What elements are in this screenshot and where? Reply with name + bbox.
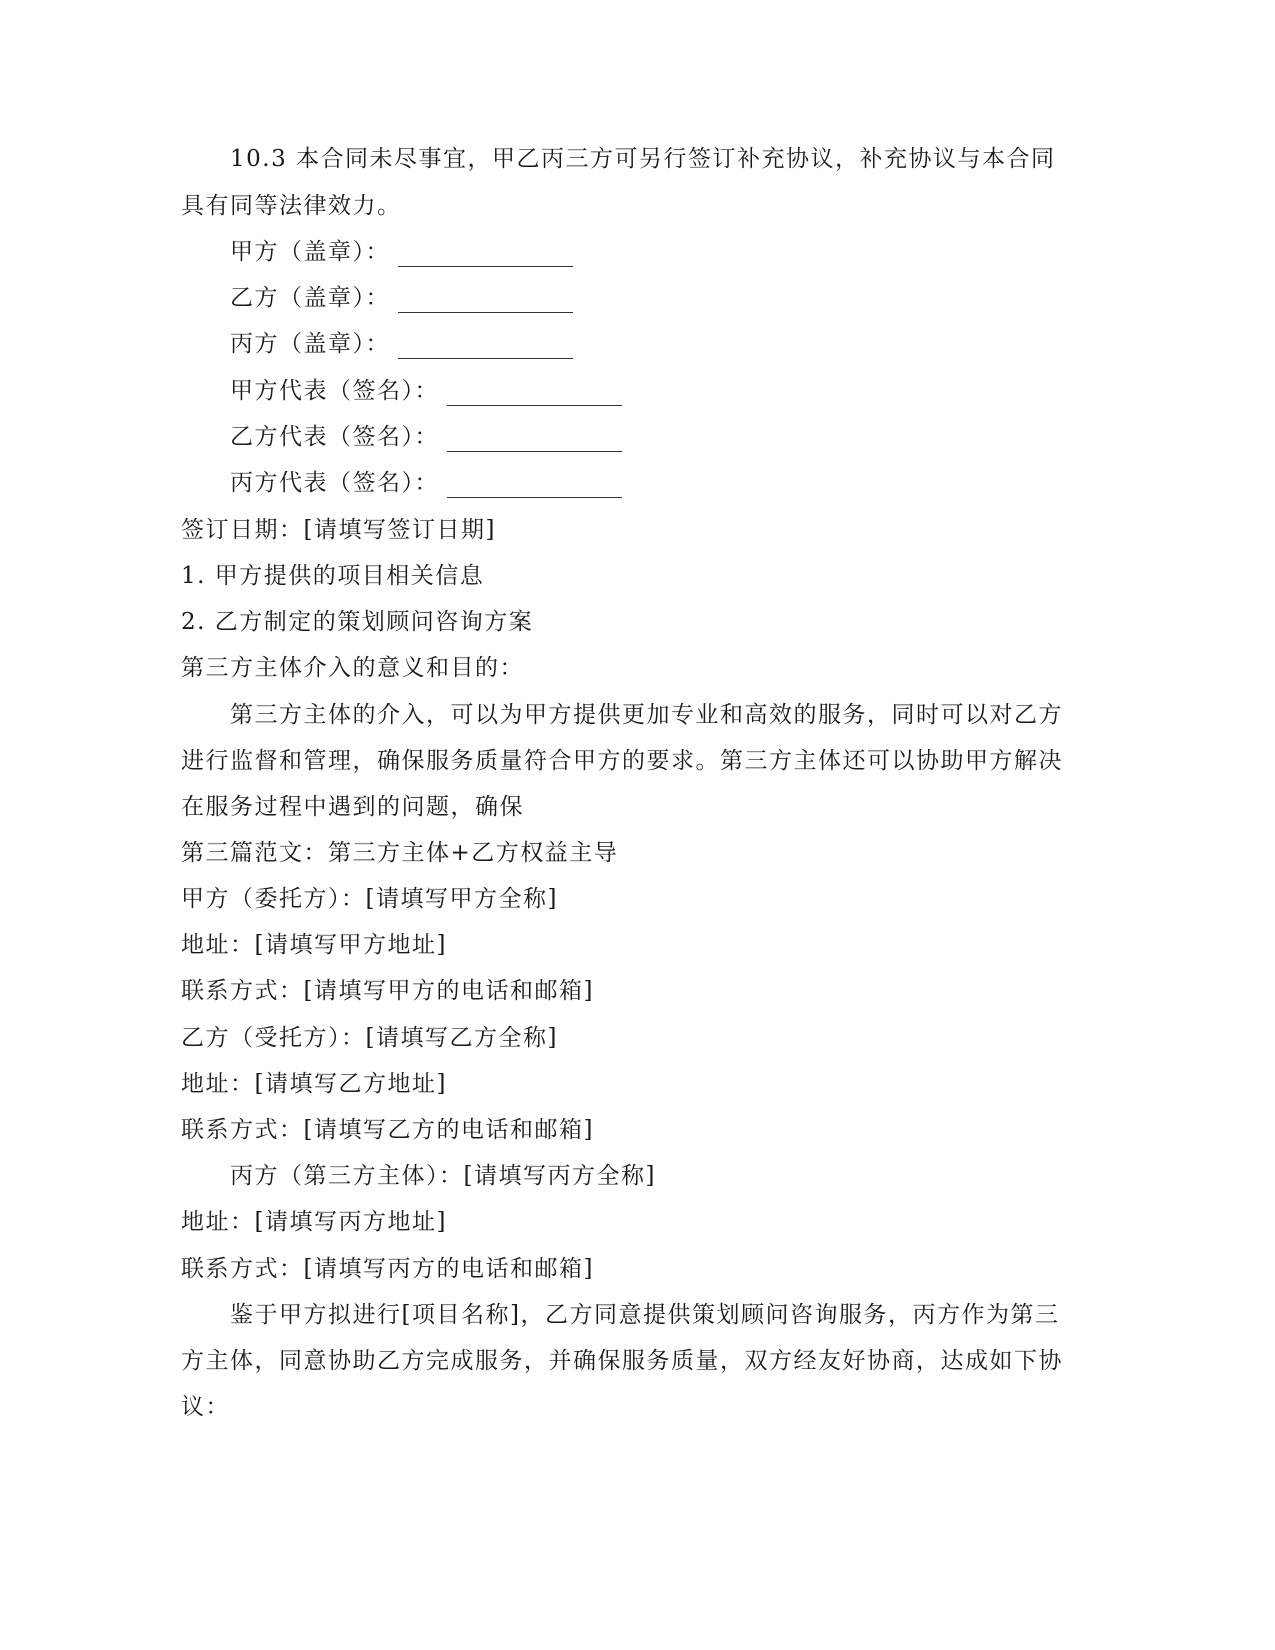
signature-label: 丙方（盖章）： xyxy=(230,329,390,359)
signature-label: 甲方代表（签名）： xyxy=(230,376,439,406)
preamble-line-2: 方主体，同意协助乙方完成服务，并确保服务质量，双方经友好协商，达成如下协 xyxy=(181,1346,1063,1376)
preamble-line-3: 议： xyxy=(181,1392,230,1422)
signature-blank[interactable] xyxy=(447,475,622,498)
signature-blank[interactable] xyxy=(398,244,573,267)
signature-row-party-b-rep: 乙方代表（签名）： xyxy=(230,422,622,452)
signature-row-party-a-rep: 甲方代表（签名）： xyxy=(230,376,622,406)
third-party-paragraph-line-1: 第三方主体的介入，可以为甲方提供更加专业和高效的服务，同时可以对乙方 xyxy=(230,700,1063,730)
signature-label: 丙方代表（签名）： xyxy=(230,468,439,498)
third-party-paragraph-line-3: 在服务过程中遇到的问题，确保 xyxy=(181,792,524,822)
sign-date: 签订日期：[请填写签订日期] xyxy=(181,515,496,545)
party-c-contact: 联系方式：[请填写丙方的电话和邮箱] xyxy=(181,1254,594,1284)
third-party-heading: 第三方主体介入的意义和目的： xyxy=(181,653,524,683)
party-c-name: 丙方（第三方主体）：[请填写丙方全称] xyxy=(230,1161,656,1191)
party-a-name: 甲方（委托方）：[请填写甲方全称] xyxy=(181,884,558,914)
party-a-address: 地址：[请填写甲方地址] xyxy=(181,930,447,960)
party-b-contact: 联系方式：[请填写乙方的电话和邮箱] xyxy=(181,1115,594,1145)
signature-blank[interactable] xyxy=(447,383,622,406)
clause-10-3-line-2: 具有同等法律效力。 xyxy=(181,191,402,221)
signature-row-party-a-seal: 甲方（盖章）： xyxy=(230,237,573,267)
attachment-item-2: 2. 乙方制定的策划顾问咨询方案 xyxy=(181,607,533,637)
signature-label: 甲方（盖章）： xyxy=(230,237,390,267)
party-c-address: 地址：[请填写丙方地址] xyxy=(181,1207,447,1237)
signature-blank[interactable] xyxy=(398,290,573,313)
attachment-item-1: 1. 甲方提供的项目相关信息 xyxy=(181,561,484,591)
sample-title: 第三篇范文：第三方主体+乙方权益主导 xyxy=(181,838,618,868)
party-a-contact: 联系方式：[请填写甲方的电话和邮箱] xyxy=(181,976,594,1006)
signature-row-party-c-rep: 丙方代表（签名）： xyxy=(230,468,622,498)
signature-label: 乙方（盖章）： xyxy=(230,283,390,313)
clause-10-3-line-1: 10.3 本合同未尽事宜，甲乙丙三方可另行签订补充协议，补充协议与本合同 xyxy=(230,144,1056,174)
preamble-line-1: 鉴于甲方拟进行[项目名称]，乙方同意提供策划顾问咨询服务，丙方作为第三 xyxy=(230,1300,1059,1330)
document-page: 10.3 本合同未尽事宜，甲乙丙三方可另行签订补充协议，补充协议与本合同 具有同… xyxy=(0,0,1275,1650)
third-party-paragraph-line-2: 进行监督和管理，确保服务质量符合甲方的要求。第三方主体还可以协助甲方解决 xyxy=(181,746,1063,776)
party-b-name: 乙方（受托方）：[请填写乙方全称] xyxy=(181,1023,558,1053)
signature-row-party-c-seal: 丙方（盖章）： xyxy=(230,329,573,359)
signature-blank[interactable] xyxy=(447,429,622,452)
signature-blank[interactable] xyxy=(398,336,573,359)
signature-row-party-b-seal: 乙方（盖章）： xyxy=(230,283,573,313)
party-b-address: 地址：[请填写乙方地址] xyxy=(181,1069,447,1099)
signature-label: 乙方代表（签名）： xyxy=(230,422,439,452)
